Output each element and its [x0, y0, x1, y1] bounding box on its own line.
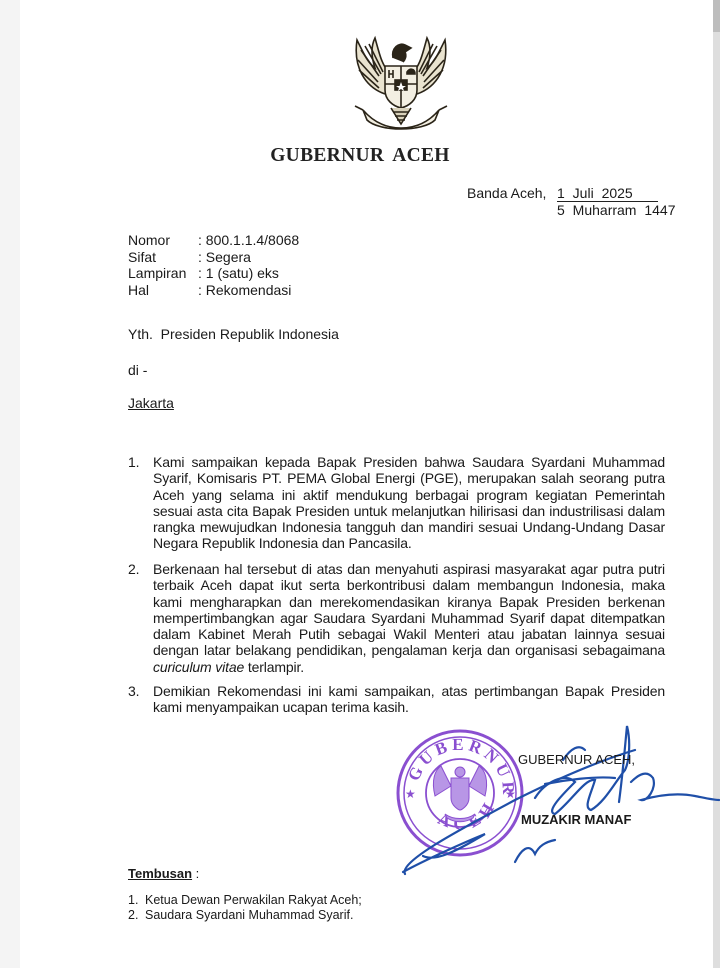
signature-title: GUBERNUR ACEH,: [518, 752, 635, 767]
date-city: Banda Aceh,: [467, 185, 557, 202]
meta-row-hal: Hal: Rekomendasi: [128, 282, 299, 299]
paragraph-text: Demikian Rekomendasi ini kami sampaikan,…: [153, 683, 665, 716]
letterhead-title-1: GUBERNUR: [270, 145, 384, 166]
signatory-name: MUZAKIR MANAF: [521, 812, 631, 827]
date-gregorian: 1 Juli 2025: [557, 185, 658, 202]
paragraph-body: Berkenaan hal tersebut di atas dan menya…: [153, 561, 665, 658]
tembusan-label: Tembusan: [128, 866, 192, 881]
recipient-line: Yth. Presiden Republik Indonesia: [128, 326, 339, 342]
meta-key: Nomor: [128, 232, 198, 249]
paragraph-1: 1.Kami sampaikan kepada Bapak Presiden b…: [128, 454, 665, 552]
tembusan-heading: Tembusan :: [128, 866, 199, 881]
meta-row-lampiran: Lampiran: 1 (satu) eks: [128, 265, 299, 282]
paragraph-tail: terlampir.: [244, 659, 304, 675]
list-text: Ketua Dewan Perwakilan Rakyat Aceh;: [145, 893, 362, 908]
meta-value: : Segera: [198, 249, 251, 266]
letterhead-title: GUBERNURACEH: [0, 145, 720, 167]
paragraph-text: Kami sampaikan kepada Bapak Presiden bah…: [153, 454, 665, 552]
list-number: 1.: [128, 893, 145, 908]
meta-value: : 800.1.1.4/8068: [198, 232, 299, 249]
garuda-emblem-icon: [345, 32, 457, 142]
paragraph-text: Berkenaan hal tersebut di atas dan menya…: [153, 561, 665, 675]
paragraph-2: 2.Berkenaan hal tersebut di atas dan men…: [128, 561, 665, 675]
list-item: 1.Ketua Dewan Perwakilan Rakyat Aceh;: [128, 893, 362, 908]
scrollbar-thumb[interactable]: [713, 0, 720, 32]
meta-key: Hal: [128, 282, 198, 299]
meta-key: Sifat: [128, 249, 198, 266]
paragraph-3: 3.Demikian Rekomendasi ini kami sampaika…: [128, 683, 665, 716]
meta-row-sifat: Sifat: Segera: [128, 249, 299, 266]
tembusan-colon: :: [192, 866, 199, 881]
letter-meta: Nomor: 800.1.1.4/8068 Sifat: Segera Lamp…: [128, 232, 299, 298]
meta-value: : Rekomendasi: [198, 282, 291, 299]
date-hijri: 5 Muharram 1447: [557, 202, 676, 218]
list-text: Saudara Syardani Muhammad Syarif.: [145, 908, 353, 923]
paragraph-number: 1.: [128, 454, 153, 552]
list-number: 2.: [128, 908, 145, 923]
tembusan-list: 1.Ketua Dewan Perwakilan Rakyat Aceh; 2.…: [128, 893, 362, 923]
meta-row-nomor: Nomor: 800.1.1.4/8068: [128, 232, 299, 249]
date-block: Banda Aceh, 1 Juli 2025 5 Muharram 1447: [467, 185, 676, 218]
handwritten-signature-icon: [395, 722, 720, 882]
paragraph-italic: curiculum vitae: [153, 659, 244, 675]
recipient-place: Jakarta: [128, 395, 174, 411]
recipient-di: di -: [128, 362, 147, 378]
paragraph-number: 3.: [128, 683, 153, 716]
meta-value: : 1 (satu) eks: [198, 265, 279, 282]
list-item: 2.Saudara Syardani Muhammad Syarif.: [128, 908, 362, 923]
letterhead-title-2: ACEH: [392, 145, 450, 166]
paragraph-number: 2.: [128, 561, 153, 675]
meta-key: Lampiran: [128, 265, 198, 282]
